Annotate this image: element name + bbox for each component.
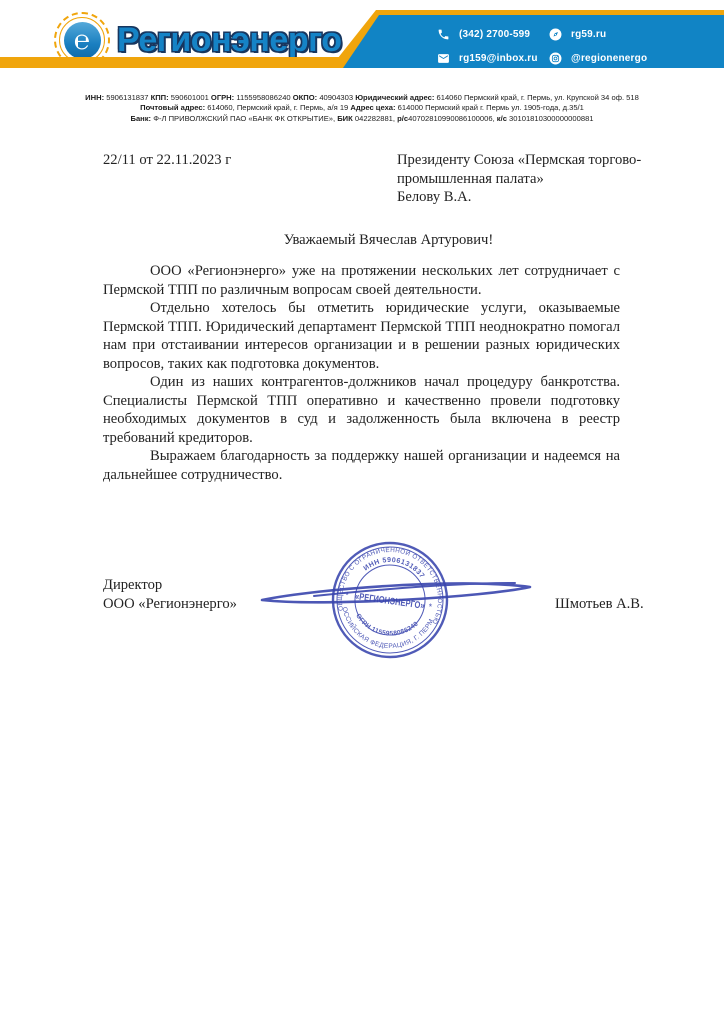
paragraph: Отдельно хотелось бы отметить юридически…	[103, 299, 620, 373]
contact-email: rg159@inbox.ru	[437, 50, 549, 67]
paragraph: ООО «Регионэнерго» уже на протяжении нес…	[103, 262, 620, 299]
contact-instagram: @regionenergo	[549, 50, 647, 67]
letter-date: 22/11 от 22.11.2023 г	[103, 151, 231, 170]
addressee-line: Президенту Союза «Пермская торгово-	[397, 151, 641, 170]
requisites-line-1: ИНН: 5906131837 КПП: 590601001 ОГРН: 115…	[0, 93, 724, 103]
letter-body: ООО «Регионэнерго» уже на протяжении нес…	[103, 262, 620, 484]
instagram-handle: @regionenergo	[571, 53, 647, 64]
site-url: rg59.ru	[571, 29, 606, 40]
paragraph: Один из наших контрагентов-должников нач…	[103, 373, 620, 447]
addressee-line: Белову В.А.	[397, 188, 641, 207]
header-orange-bar	[0, 57, 347, 68]
email-address: rg159@inbox.ru	[459, 53, 538, 64]
addressee-line: промышленная палата»	[397, 170, 641, 189]
addressee-block: Президенту Союза «Пермская торгово- пром…	[397, 151, 641, 207]
phone-icon	[437, 28, 450, 41]
signer-company: ООО «Регионэнерго»	[103, 595, 237, 614]
compass-icon	[549, 28, 562, 41]
contact-site: rg59.ru	[549, 26, 647, 43]
requisites-line-2: Почтовый адрес: 614060, Пермский край, г…	[0, 103, 724, 113]
paragraph: Выражаем благодарность за поддержку наше…	[103, 447, 620, 484]
phone-number: (342) 2700-599	[459, 29, 530, 40]
energy-icon: ℮	[64, 22, 101, 59]
letter-page: ℮ Регионэнерго (342) 2700-599 rg59.ru rg…	[0, 0, 724, 1024]
signer-name: Шмотьев А.В.	[555, 595, 644, 614]
instagram-icon	[549, 52, 562, 65]
company-requisites: ИНН: 5906131837 КПП: 590601001 ОГРН: 115…	[0, 93, 724, 124]
envelope-icon	[437, 52, 450, 65]
handwritten-signature	[252, 573, 542, 615]
contact-phone: (342) 2700-599	[437, 26, 549, 43]
salutation: Уважаемый Вячеслав Артурович!	[103, 231, 620, 250]
contact-info: (342) 2700-599 rg59.ru rg159@inbox.ru @r…	[437, 26, 647, 67]
signer-title-block: Директор ООО «Регионэнерго»	[103, 576, 237, 614]
requisites-line-3: Банк: Ф-Л ПРИВОЛЖСКИЙ ПАО «БАНК ФК ОТКРЫ…	[0, 114, 724, 124]
signer-title: Директор	[103, 576, 237, 595]
